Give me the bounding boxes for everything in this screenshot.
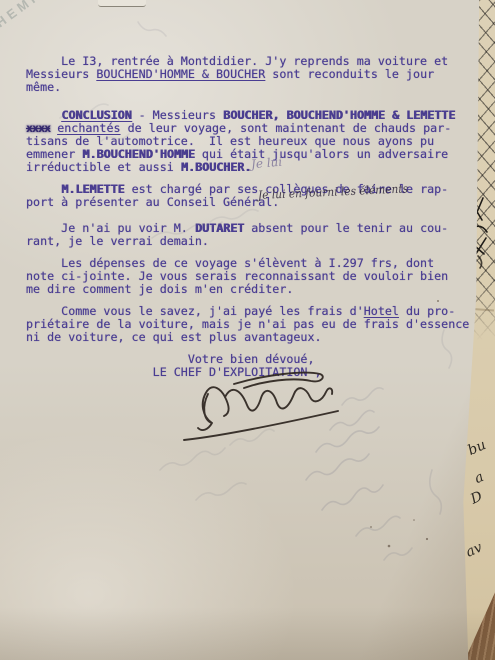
letter-segment: CONCLUSION: [61, 108, 131, 122]
letter-segment: même.: [26, 80, 61, 94]
letter-segment: BOUCHER, BOUCHEND'HOMME & LEMETTE: [223, 108, 455, 122]
letter-paragraph: Le I3, rentrée à Montdidier. J'y reprend…: [26, 55, 478, 94]
letter-page: CHEMINS Le I3, rentrée à Montdidier. J'y…: [0, 0, 495, 660]
letter-segment: LE CHEF D'EXPLOITATION ,: [26, 365, 322, 379]
letter-segment: Votre bien dévoué,: [26, 352, 315, 366]
letter-segment: - Messieurs: [132, 108, 223, 122]
letter-line: LE CHEF D'EXPLOITATION ,: [26, 366, 478, 379]
letter-segment: rant, je le verrai demain.: [26, 234, 209, 248]
letter-line: port à présenter au Conseil Général.: [26, 196, 478, 209]
letter-segment: Je n'ai pu voir M.: [26, 221, 195, 235]
letter-segment: note ci-jointe. Je vous serais reconnais…: [26, 269, 448, 283]
letter-segment: [26, 108, 61, 122]
letter-paragraph: Comme vous le savez, j'ai payé les frais…: [26, 305, 478, 344]
letter-paragraph: M.LEMETTE est chargé par ses collègues d…: [26, 183, 478, 209]
letter-segment: DUTARET: [195, 221, 244, 235]
letter-segment: Les dépenses de ce voyage s'élèvent à I.…: [26, 256, 434, 270]
letter-paragraph: Votre bien dévoué, LE CHEF D'EXPLOITATIO…: [26, 353, 478, 379]
letter-segment: enchantés: [57, 121, 120, 135]
letter-segment: M.BOUCHER.: [181, 160, 251, 174]
letter-segment: du pro-: [399, 304, 455, 318]
letter-body: Le I3, rentrée à Montdidier. J'y reprend…: [26, 55, 478, 388]
letter-segment: BOUCHEND'HOMME & BOUCHER: [96, 67, 265, 81]
letter-segment: port à présenter au Conseil Général.: [26, 195, 279, 209]
letter-segment: xxxx: [26, 121, 50, 135]
scanned-letter-photo: bu a D av CHEMINS Le I3, rentrée à Montd…: [0, 0, 495, 660]
letter-segment: Le I3, rentrée à Montdidier. J'y reprend…: [26, 54, 448, 68]
letter-line: ni de voiture, ce qui est plus avantageu…: [26, 331, 478, 344]
letter-segment: priétaire de la voiture, mais je n'ai pa…: [26, 317, 469, 331]
letter-segment: me dire comment je dois m'en créditer.: [26, 282, 293, 296]
letter-segment: Comme vous le savez, j'ai payé les frais…: [26, 304, 364, 318]
adjacent-sheet-writing: a: [472, 469, 486, 487]
letter-line: même.: [26, 81, 478, 94]
letter-segment: tisans de l'automotrice. Il est heureux …: [26, 134, 434, 148]
adjacent-sheet-writing: D: [468, 488, 485, 507]
letter-line: rant, je le verrai demain.: [26, 235, 478, 248]
letter-segment: de leur voyage, sont maintenant de chaud…: [121, 121, 452, 135]
letter-segment: emmener: [26, 147, 82, 161]
paper-edge-tab: [98, 0, 146, 7]
letter-segment: M.LEMETTE: [61, 182, 124, 196]
letter-paragraph: Les dépenses de ce voyage s'élèvent à I.…: [26, 257, 478, 296]
letter-segment: [26, 182, 61, 196]
adjacent-sheet-writing: bu: [466, 437, 489, 459]
handwritten-note-after-boucher: Je lui: [250, 155, 282, 172]
letter-segment: Messieurs: [26, 67, 96, 81]
letter-line: me dire comment je dois m'en créditer.: [26, 283, 478, 296]
letter-segment: qui était jusqu'alors un adversaire: [195, 147, 448, 161]
letter-segment: irréductible et aussi: [26, 160, 181, 174]
faint-stamp-text: CHEMINS: [0, 0, 62, 38]
letter-line: Messieurs BOUCHEND'HOMME & BOUCHER sont …: [26, 68, 478, 81]
letter-segment: absent pour le tenir au cou-: [244, 221, 448, 235]
letter-segment: Hotel: [364, 304, 399, 318]
letter-paragraph: Je n'ai pu voir M. DUTARET absent pour l…: [26, 222, 478, 248]
letter-segment: ni de voiture, ce qui est plus avantageu…: [26, 330, 322, 344]
letter-segment: sont reconduits le jour: [265, 67, 434, 81]
letter-segment: M.BOUCHEND'HOMME: [82, 147, 195, 161]
adjacent-sheet-writing: av: [463, 539, 484, 560]
